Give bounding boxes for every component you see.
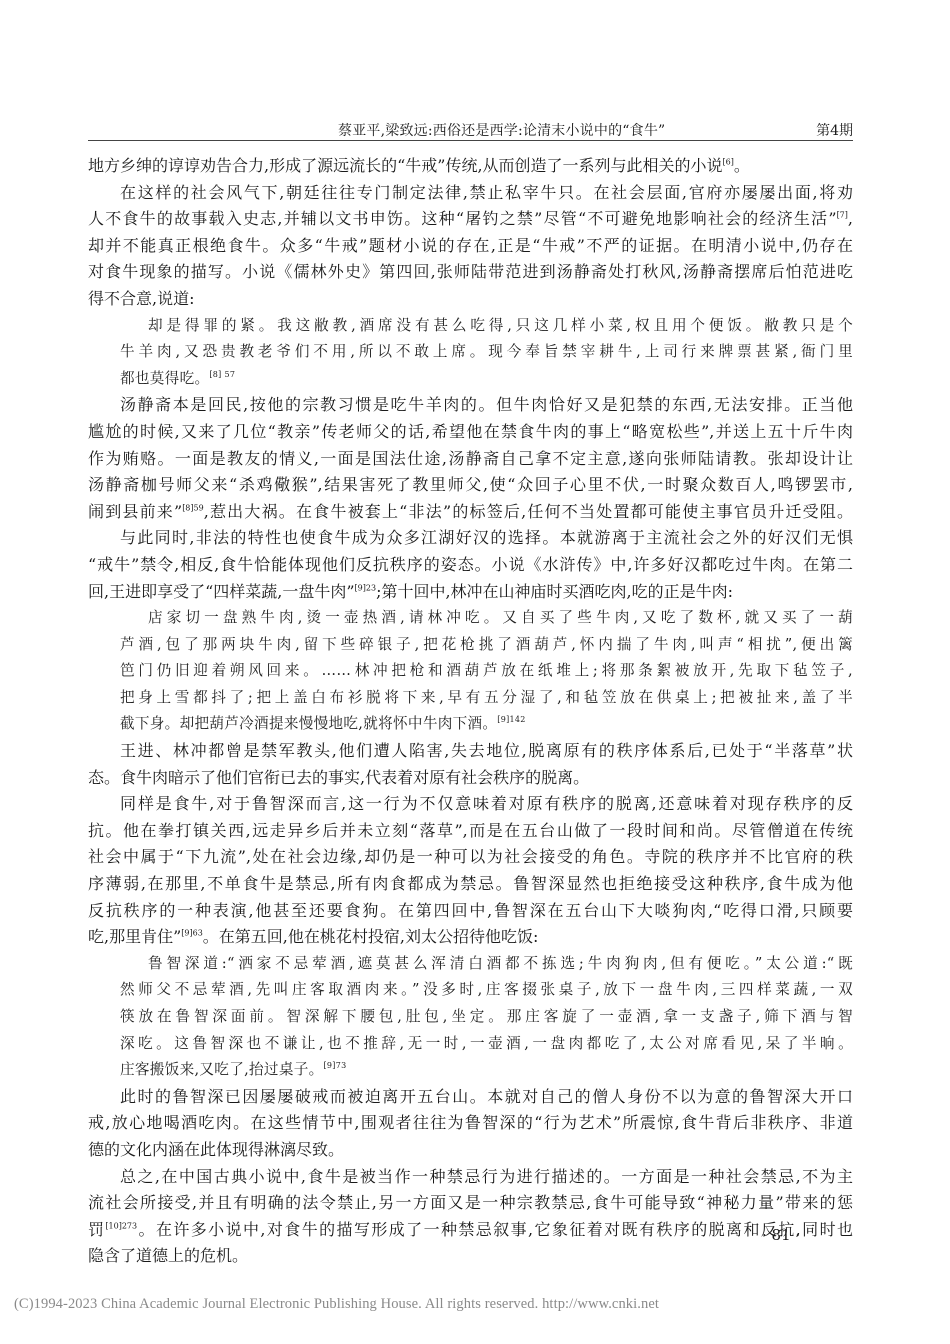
text-line: 筷放在鲁智深面前。智深解下腰包,肚包,坐定。那庄客旋了一壶酒,拿一支盏子,筛下酒… [88,1004,853,1031]
text-line: 吃,那里肯住”[9]63。在第五回,他在桃花村投宿,刘太公招待他吃饭: [88,924,853,951]
text-line: 都也莫得吃。[8] 57 [88,366,853,393]
running-header: 蔡亚平,梁致远:西俗还是西学:论清末小说中的“食牛” 第4期 [88,118,853,141]
citation-ref: [7] [837,211,848,220]
text-line: 店家切一盘熟牛肉,烫一壶热酒,请林冲吃。又自买了些牛肉,又吃了数杯,就又买了一葫 [88,605,853,632]
text-line: 罚[10]273。在许多小说中,对食牛的描写形成了一种禁忌叙事,它象征着对既有秩… [88,1217,853,1244]
text-line: 同样是食牛,对于鲁智深而言,这一行为不仅意味着对原有秩序的脱离,还意味着对现存秩… [88,791,853,818]
article-body: 地方乡绅的谆谆劝告合力,形成了源远流长的“牛戒”传统,从而创造了一系列与此相关的… [88,153,853,1270]
block-quote-luzhishen: 鲁智深道:“洒家不忌荤酒,遮莫甚么浑清白酒都不拣选;牛肉狗肉,但有便吃。”太公道… [88,951,853,1084]
journal-page: 蔡亚平,梁致远:西俗还是西学:论清末小说中的“食牛” 第4期 地方乡绅的谆谆劝告… [0,0,950,1344]
text-line: 作为贿赂。一面是教友的情义,一面是国法仕途,汤静斋自己拿不定主意,遂向张师陆请教… [88,446,853,473]
text-line: 戒,放心地喝酒吃肉。在这些情节中,围观者往往为鲁智深的“行为艺术”所震惊,食牛背… [88,1110,853,1137]
text-line: 反抗秩序的一种表演,他甚至还要食狗。在第四回中,鲁智深在五台山下大啖狗肉,“吃得… [88,898,853,925]
text-line: 芦酒,包了那两块牛肉,留下些碎银子,把花枪挑了酒葫芦,怀内揣了牛肉,叫声“相扰”… [88,632,853,659]
block-quote-rulin: 却是得罪的紧。我这敝教,酒席没有甚么吃得,只这几样小菜,权且用个便饭。敝教只是个… [88,313,853,393]
text-line: 王进、林冲都曾是禁军教头,他们遭人陷害,失去地位,脱离原有的秩序体系后,已处于“… [88,738,853,765]
text-line: 社会中属于“下九流”,处在社会边缘,却仍是一种可以为社会接受的角色。寺院的秩序并… [88,844,853,871]
text-line: 却是得罪的紧。我这敝教,酒席没有甚么吃得,只这几样小菜,权且用个便饭。敝教只是个 [88,313,853,340]
text-line: 流社会所接受,并且有明确的法令禁止,另一方面又是一种宗教禁忌,食牛可能导致“神秘… [88,1190,853,1217]
text-line: 鲁智深道:“洒家不忌荤酒,遮莫甚么浑清白酒都不拣选;牛肉狗肉,但有便吃。”太公道… [88,951,853,978]
text-line: 庄客搬饭来,又吃了,抬过桌子。[9]73 [88,1057,853,1084]
page-number: · 81 · [762,1226,800,1244]
citation-ref: [9]23 [355,583,377,592]
text-line: 把身上雪都抖了;把上盖白布衫脱将下来,早有五分湿了,和毡笠放在供桌上;把被扯来,… [88,685,853,712]
paragraph-group-2: 汤静斋本是回民,按他的宗教习惯是吃牛羊肉的。但牛肉恰好又是犯禁的东西,无法安排。… [88,392,853,605]
citation-ref: [9]142 [497,716,525,725]
citation-ref: [10]273 [105,1221,137,1230]
text-line: 对食牛现象的描写。小说《儒林外史》第四回,张师陆带范进到汤静斋处打秋风,汤静斋摆… [88,259,853,286]
citation-ref: [9]73 [324,1061,347,1070]
text-line: 在这样的社会风气下,朝廷往往专门制定法律,禁止私宰牛只。在社会层面,官府亦屡屡出… [88,180,853,207]
text-line: 此时的鲁智深已因屡屡破戒而被迫离开五台山。本就对自己的僧人身份不以为意的鲁智深大… [88,1084,853,1111]
text-line: 牛羊肉,又恐贵教老爷们不用,所以不敢上席。现今奉旨禁宰耕牛,上司行来牌票甚紧,衙… [88,339,853,366]
text-line: 人不食牛的故事载入史志,并辅以文书申饬。这种“屠钓之禁”尽管“不可避免地影响社会… [88,206,853,233]
text-line: 抗。他在拳打镇关西,远走异乡后并未立刻“落草”,而是在五台山做了一段时间和尚。尽… [88,818,853,845]
citation-ref: [9]63 [181,929,203,938]
text-line: 却并不能真正根绝食牛。众多“牛戒”题材小说的存在,正是“牛戒”不严的证据。在明清… [88,233,853,260]
text-line: 地方乡绅的谆谆劝告合力,形成了源远流长的“牛戒”传统,从而创造了一系列与此相关的… [88,153,853,180]
running-title: 蔡亚平,梁致远:西俗还是西学:论清末小说中的“食牛” [338,120,665,140]
text-line: 与此同时,非法的特性也使食牛成为众多江湖好汉的选择。本就游离于主流社会之外的好汉… [88,525,853,552]
issue-number: 第4期 [816,120,853,140]
citation-ref: [8] 57 [209,370,235,379]
text-line: 回,王进即享受了“四样菜蔬,一盘牛肉”[9]23;第十回中,林冲在山神庙时买酒吃… [88,579,853,606]
paragraph-group-3: 王进、林冲都曾是禁军教头,他们遭人陷害,失去地位,脱离原有的秩序体系后,已处于“… [88,738,853,951]
paragraph-group-1: 地方乡绅的谆谆劝告合力,形成了源远流长的“牛戒”传统,从而创造了一系列与此相关的… [88,153,853,313]
text-line: 闹到县前来”[8]59,惹出大祸。在食牛被套上“非法”的标签后,任何不当处置都可… [88,499,853,526]
text-line: 笆门仍旧迎着朔风回来。……林冲把枪和酒葫芦放在纸堆上;将那条絮被放开,先取下毡笠… [88,658,853,685]
text-line: “戒牛”禁令,相反,食牛恰能体现他们反抗秩序的姿态。小说《水浒传》中,许多好汉都… [88,552,853,579]
citation-ref: [8]59 [182,503,204,512]
text-line: 德的文化内涵在此体现得淋漓尽致。 [88,1137,853,1164]
text-line: 隐含了道德上的危机。 [88,1243,853,1270]
text-line: 深吃。这鲁智深也不谦让,也不推辞,无一时,一壶酒,一盘肉都吃了,太公对席看见,呆… [88,1031,853,1058]
text-line: 序薄弱,在那里,不单食牛是禁忌,所有肉食都成为禁忌。鲁智深显然也拒绝接受这种秩序… [88,871,853,898]
text-line: 截下身。却把葫芦冷酒提来慢慢地吃,就将怀中牛肉下酒。[9]142 [88,711,853,738]
text-line: 得不合意,说道: [88,286,853,313]
text-line: 然师父不忌荤酒,先叫庄客取酒肉来。”没多时,庄客掇张桌子,放下一盘牛肉,三四样菜… [88,977,853,1004]
block-quote-linchong: 店家切一盘熟牛肉,烫一壶热酒,请林冲吃。又自买了些牛肉,又吃了数杯,就又买了一葫… [88,605,853,738]
citation-ref: [6] [723,158,734,167]
text-line: 尴尬的时候,又来了几位“教亲”传老师父的话,希望他在禁食牛肉的事上“略宽松些”,… [88,419,853,446]
text-line: 汤静斋本是回民,按他的宗教习惯是吃牛羊肉的。但牛肉恰好又是犯禁的东西,无法安排。… [88,392,853,419]
text-line: 汤静斋枷号师父来“杀鸡儆猴”,结果害死了教里师父,使“众回子心里不伏,一时聚众数… [88,472,853,499]
copyright-notice: (C)1994-2023 China Academic Journal Elec… [14,1296,659,1313]
paragraph-group-4: 此时的鲁智深已因屡屡破戒而被迫离开五台山。本就对自己的僧人身份不以为意的鲁智深大… [88,1084,853,1270]
text-line: 态。食牛肉暗示了他们官衔已去的事实,代表着对原有社会秩序的脱离。 [88,765,853,792]
text-line: 总之,在中国古典小说中,食牛是被当作一种禁忌行为进行描述的。一方面是一种社会禁忌… [88,1164,853,1191]
